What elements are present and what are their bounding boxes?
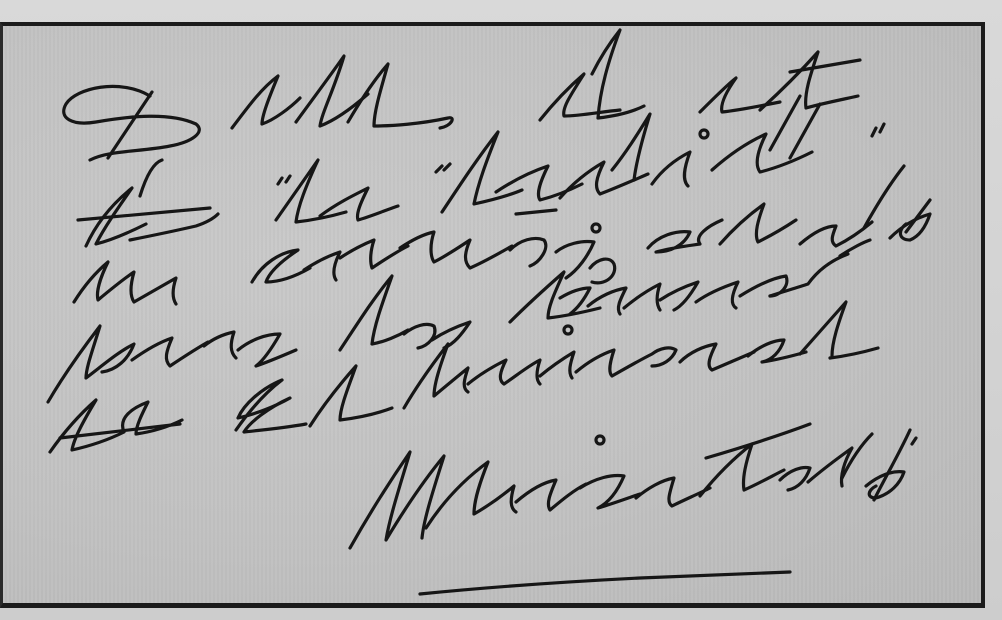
ink-stroke xyxy=(404,344,468,408)
ink-stroke xyxy=(304,252,340,280)
ink-stroke xyxy=(712,134,812,172)
ink-stroke xyxy=(540,74,620,120)
ink-stroke xyxy=(624,284,660,310)
ink-stroke xyxy=(310,366,392,426)
ink-stroke xyxy=(350,452,444,548)
ink-stroke xyxy=(432,322,470,348)
ink-stroke xyxy=(204,332,236,358)
ink-stroke xyxy=(592,224,600,232)
ink-stroke xyxy=(442,132,522,212)
ink-stroke xyxy=(830,348,878,358)
ink-stroke xyxy=(78,208,210,220)
ink-stroke xyxy=(238,334,296,366)
ink-stroke xyxy=(510,238,546,266)
ink-stroke xyxy=(340,240,408,268)
ink-stroke xyxy=(696,282,738,308)
ink-stroke xyxy=(516,480,586,510)
line-4-strokes xyxy=(48,240,870,402)
ink-stroke xyxy=(636,478,710,506)
ink-stroke xyxy=(790,60,860,72)
ink-stroke xyxy=(706,424,810,458)
ink-stroke xyxy=(276,160,346,222)
ink-stroke xyxy=(348,64,452,128)
ink-stroke xyxy=(400,232,512,268)
ink-stroke xyxy=(420,572,790,594)
photograph: Desde el set de la "Bandida" un cariñoso… xyxy=(0,0,1002,620)
ink-stroke xyxy=(436,164,450,172)
ink-stroke xyxy=(132,338,208,366)
ink-stroke xyxy=(800,302,846,356)
ink-stroke xyxy=(252,250,310,282)
ink-stroke xyxy=(236,380,306,432)
ink-stroke xyxy=(652,152,690,186)
ink-stroke xyxy=(74,262,176,304)
ink-stroke xyxy=(700,78,780,112)
ink-stroke xyxy=(580,476,640,509)
ink-stroke xyxy=(648,220,722,252)
ink-stroke xyxy=(516,210,556,214)
ink-stroke xyxy=(660,282,698,310)
ink-stroke xyxy=(232,76,300,128)
ink-stroke xyxy=(864,166,904,228)
ink-stroke xyxy=(296,56,368,126)
ink-stroke xyxy=(404,324,435,348)
ink-stroke xyxy=(564,326,572,334)
ink-stroke xyxy=(700,444,784,496)
ink-stroke xyxy=(576,348,676,376)
ink-stroke xyxy=(340,276,408,350)
line-2-strokes xyxy=(78,96,884,246)
signature-strokes xyxy=(350,424,916,594)
ink-stroke xyxy=(912,438,916,444)
ink-stroke xyxy=(590,259,615,283)
ink-stroke xyxy=(64,86,200,160)
ink-stroke xyxy=(468,360,540,384)
line-1-strokes xyxy=(64,30,860,160)
ink-stroke xyxy=(278,176,290,184)
ink-stroke xyxy=(760,52,858,110)
ink-stroke xyxy=(540,352,574,378)
ink-stroke xyxy=(48,326,134,402)
ink-stroke xyxy=(748,340,806,362)
ink-stroke xyxy=(680,344,754,370)
ink-stroke xyxy=(808,448,852,486)
ink-stroke xyxy=(720,204,796,244)
ink-stroke xyxy=(596,436,604,444)
ink-stroke xyxy=(612,114,650,180)
ink-stroke xyxy=(592,30,644,118)
handwriting-ink xyxy=(0,0,1002,620)
ink-stroke xyxy=(872,124,884,136)
ink-stroke xyxy=(700,130,708,138)
ink-stroke xyxy=(140,160,162,196)
